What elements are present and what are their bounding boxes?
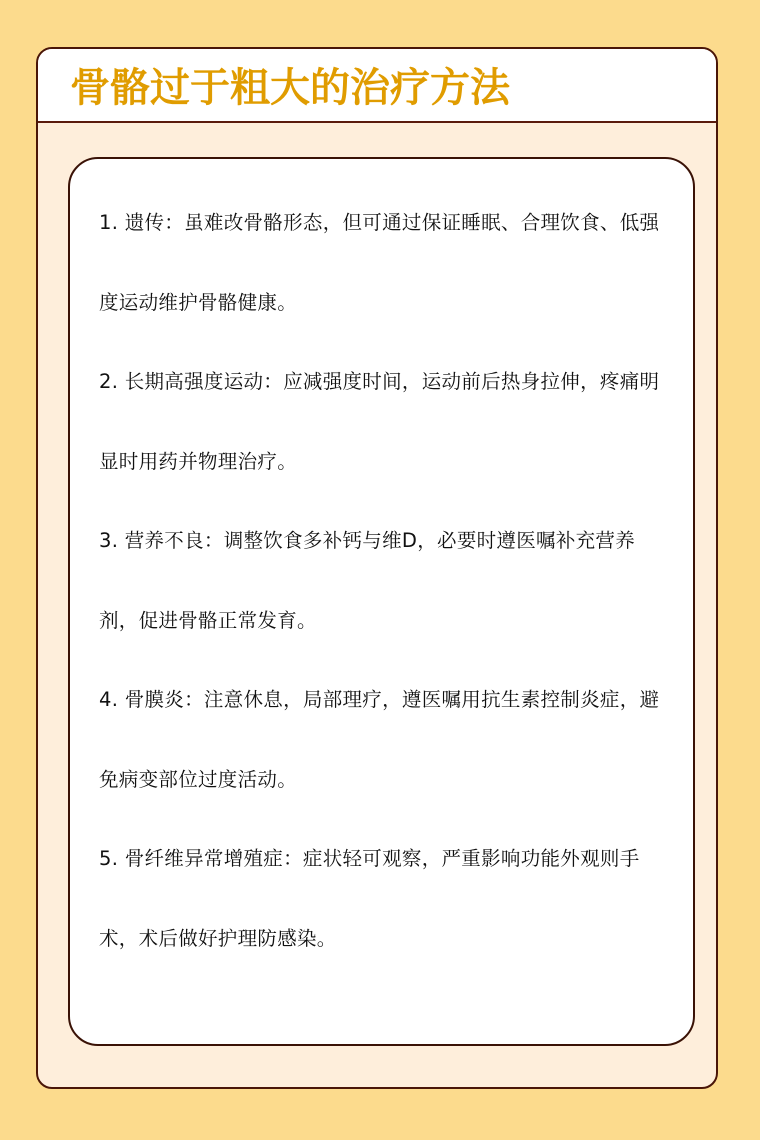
list-item-genetics: 1. 遗传：虽难改骨骼形态，但可通过保证睡眠、合理饮食、低强度运动维护骨骼健康。 xyxy=(99,183,671,342)
list-item-malnutrition: 3. 营养不良：调整饮食多补钙与维D，必要时遵医嘱补充营养剂，促进骨骼正常发育。 xyxy=(99,501,671,660)
card-header: 骨骼过于粗大的治疗方法 xyxy=(38,49,716,123)
list-item-intense-exercise: 2. 长期高强度运动：应减强度时间，运动前后热身拉伸，疼痛明显时用药并物理治疗。 xyxy=(99,342,671,501)
content-box: 1. 遗传：虽难改骨骼形态，但可通过保证睡眠、合理饮食、低强度运动维护骨骼健康。… xyxy=(68,157,695,1046)
list-item-periostitis: 4. 骨膜炎：注意休息，局部理疗，遵医嘱用抗生素控制炎症，避免病变部位过度活动。 xyxy=(99,660,671,819)
page-title: 骨骼过于粗大的治疗方法 xyxy=(70,64,510,112)
treatment-list: 1. 遗传：虽难改骨骼形态，但可通过保证睡眠、合理饮食、低强度运动维护骨骼健康。… xyxy=(99,183,671,978)
list-item-fibrous-dysplasia: 5. 骨纤维异常增殖症：症状轻可观察，严重影响功能外观则手术，术后做好护理防感染… xyxy=(99,819,671,978)
article-card: 骨骼过于粗大的治疗方法 1. 遗传：虽难改骨骼形态，但可通过保证睡眠、合理饮食、… xyxy=(36,47,718,1089)
